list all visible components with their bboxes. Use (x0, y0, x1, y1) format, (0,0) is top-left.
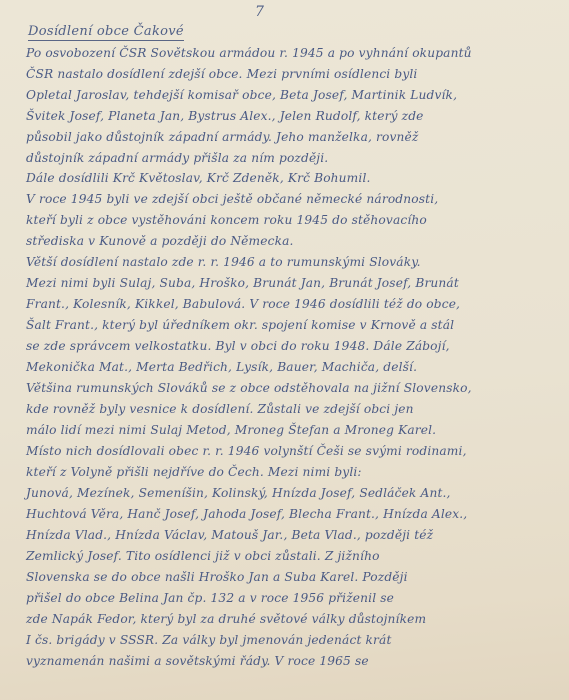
text-line: důstojník západní armády přišla za ním p… (26, 151, 328, 165)
text-line: kde rovněž byly vesnice k dosídlení. Zůs… (26, 402, 414, 416)
text-line: Mezi nimi byli Sulaj, Suba, Hroško, Brun… (26, 276, 459, 290)
text-line: Huchtová Věra, Hanč Josef, Jahoda Josef,… (26, 507, 467, 521)
text-line: Místo nich dosídlovali obec r. r. 1946 v… (26, 444, 467, 458)
text-line: působil jako důstojník západní armády. J… (26, 130, 418, 144)
page-number: 7 (255, 4, 264, 20)
text-line: Opletal Jaroslav, tehdejší komisař obce,… (26, 88, 457, 102)
text-line: přišel do obce Belina Jan čp. 132 a v ro… (26, 591, 394, 605)
text-line: Šalt Frant., který byl úředníkem okr. sp… (26, 318, 454, 332)
text-line: Hnízda Vlad., Hnízda Václav, Matouš Jar.… (26, 528, 433, 542)
text-line: vyznamenán našimi a sovětskými řády. V r… (26, 654, 369, 668)
text-line: Zemlický Josef. Tito osídlenci již v obc… (26, 549, 380, 563)
text-line: I čs. brigády v SSSR. Za války byl jmeno… (26, 633, 392, 647)
text-line: Většina rumunských Slováků se z obce ods… (26, 381, 472, 395)
text-line: kteří byli z obce vystěhováni koncem rok… (26, 213, 427, 227)
text-line: Větší dosídlení nastalo zde r. r. 1946 a… (26, 255, 421, 269)
text-line: Junová, Mezínek, Semeníšin, Kolinský, Hn… (26, 486, 451, 500)
text-line: ČSR nastalo dosídlení zdejší obce. Mezi … (26, 67, 417, 81)
text-line: Dále dosídlili Krč Květoslav, Krč Zdeněk… (26, 171, 371, 185)
text-line: Švitek Josef, Planeta Jan, Bystrus Alex.… (26, 109, 424, 123)
text-line: Mekonička Mat., Merta Bedřich, Lysík, Ba… (26, 360, 417, 374)
text-line: Frant., Kolesník, Kikkel, Babulová. V ro… (26, 297, 460, 311)
text-line: Slovenska se do obce našli Hroško Jan a … (26, 570, 408, 584)
handwritten-page: 7 Dosídlení obce Čakové Po osvobození ČS… (0, 0, 569, 700)
text-line: Po osvobození ČSR Sovětskou armádou r. 1… (26, 46, 472, 60)
text-line: málo lidí mezi nimi Sulaj Metod, Mroneg … (26, 423, 436, 437)
text-line: V roce 1945 byli ve zdejší obci ještě ob… (26, 192, 438, 206)
text-line: střediska v Kunově a později do Německa. (26, 234, 294, 248)
text-line: kteří z Volyně přišli nejdříve do Čech. … (26, 465, 362, 479)
text-line: zde Napák Fedor, který byl za druhé svět… (26, 612, 426, 626)
page-title: Dosídlení obce Čakové (28, 24, 184, 41)
text-line: se zde správcem velkostatku. Byl v obci … (26, 339, 450, 353)
